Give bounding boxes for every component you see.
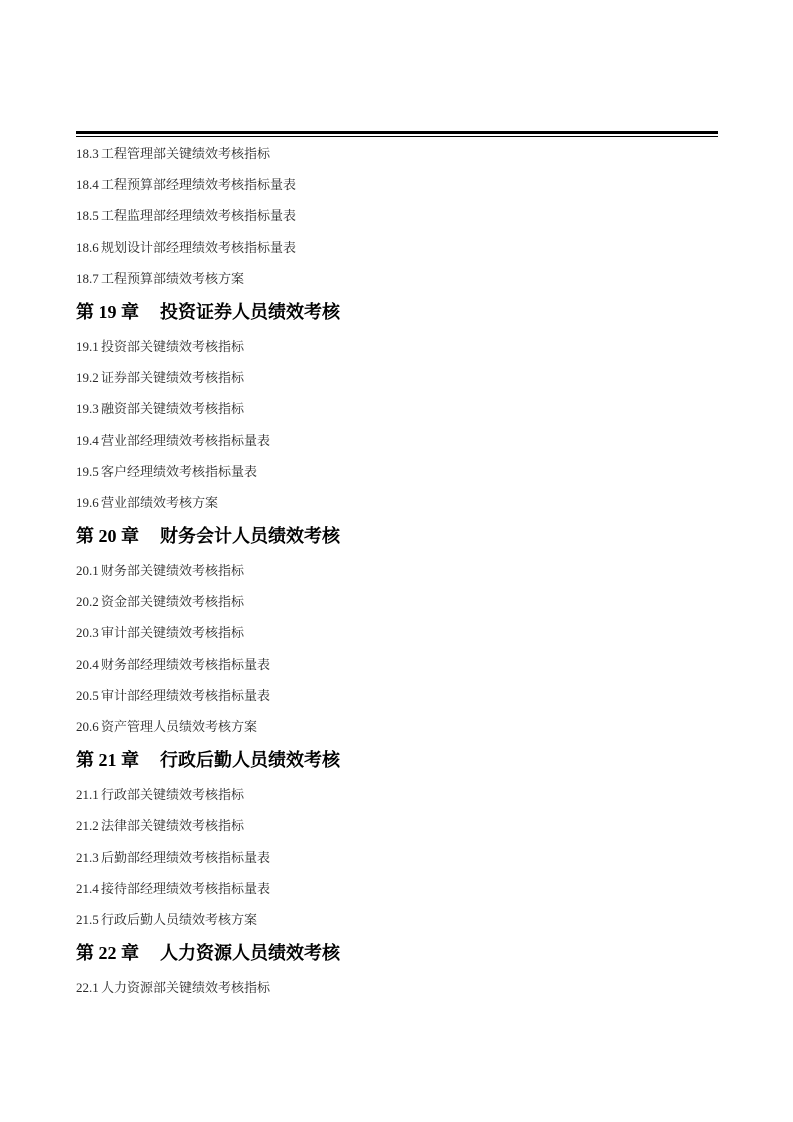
toc-entry-20-6[interactable]: 20.6资产管理人员绩效考核方案 (76, 713, 718, 744)
chapter-title: 人力资源人员绩效考核 (160, 943, 340, 963)
toc-entry-18-6[interactable]: 18.6规划设计部经理绩效考核指标量表 (76, 234, 718, 265)
section-title: 工程监理部经理绩效考核指标量表 (101, 208, 296, 223)
section-number: 21.2 (76, 812, 101, 840)
section-title: 资产管理人员绩效考核方案 (101, 719, 257, 734)
chapter-label: 第 22 章 (76, 937, 160, 969)
header-rule (76, 131, 718, 138)
toc-entry-19-2[interactable]: 19.2证券部关键绩效考核指标 (76, 364, 718, 395)
toc-entry-18-5[interactable]: 18.5工程监理部经理绩效考核指标量表 (76, 202, 718, 233)
section-title: 营业部绩效考核方案 (101, 495, 218, 510)
section-title: 法律部关键绩效考核指标 (101, 818, 244, 833)
toc-entry-20-1[interactable]: 20.1财务部关键绩效考核指标 (76, 557, 718, 588)
section-title: 规划设计部经理绩效考核指标量表 (101, 240, 296, 255)
header-rule-thin (76, 136, 718, 137)
section-title: 融资部关键绩效考核指标 (101, 401, 244, 416)
section-number: 21.3 (76, 844, 101, 872)
section-title: 客户经理绩效考核指标量表 (101, 464, 257, 479)
section-title: 工程预算部经理绩效考核指标量表 (101, 177, 296, 192)
section-title: 接待部经理绩效考核指标量表 (101, 881, 270, 896)
toc-entry-20-2[interactable]: 20.2资金部关键绩效考核指标 (76, 588, 718, 619)
section-title: 财务部经理绩效考核指标量表 (101, 657, 270, 672)
section-number: 19.4 (76, 427, 101, 455)
section-number: 18.3 (76, 140, 101, 168)
section-number: 18.7 (76, 265, 101, 293)
section-title: 工程预算部绩效考核方案 (101, 271, 244, 286)
section-number: 21.1 (76, 781, 101, 809)
chapter-label: 第 19 章 (76, 296, 160, 328)
chapter-label: 第 21 章 (76, 744, 160, 776)
toc-entry-19-3[interactable]: 19.3融资部关键绩效考核指标 (76, 395, 718, 426)
section-number: 20.4 (76, 651, 101, 679)
toc-chapter-20[interactable]: 第 20 章财务会计人员绩效考核 (76, 520, 718, 557)
section-title: 营业部经理绩效考核指标量表 (101, 433, 270, 448)
toc-entry-18-4[interactable]: 18.4工程预算部经理绩效考核指标量表 (76, 171, 718, 202)
toc-entry-21-3[interactable]: 21.3后勤部经理绩效考核指标量表 (76, 844, 718, 875)
toc-entry-20-5[interactable]: 20.5审计部经理绩效考核指标量表 (76, 682, 718, 713)
section-title: 工程管理部关键绩效考核指标 (101, 146, 270, 161)
section-number: 20.6 (76, 713, 101, 741)
toc-entry-20-3[interactable]: 20.3审计部关键绩效考核指标 (76, 619, 718, 650)
section-number: 19.3 (76, 395, 101, 423)
toc-entry-21-2[interactable]: 21.2法律部关键绩效考核指标 (76, 812, 718, 843)
section-title: 审计部经理绩效考核指标量表 (101, 688, 270, 703)
toc-entry-19-5[interactable]: 19.5客户经理绩效考核指标量表 (76, 458, 718, 489)
section-number: 20.3 (76, 619, 101, 647)
toc-chapter-22[interactable]: 第 22 章人力资源人员绩效考核 (76, 937, 718, 974)
section-number: 19.6 (76, 489, 101, 517)
section-number: 18.4 (76, 171, 101, 199)
section-title: 审计部关键绩效考核指标 (101, 625, 244, 640)
section-number: 19.2 (76, 364, 101, 392)
toc-entry-21-5[interactable]: 21.5行政后勤人员绩效考核方案 (76, 906, 718, 937)
section-number: 18.6 (76, 234, 101, 262)
section-title: 财务部关键绩效考核指标 (101, 563, 244, 578)
section-number: 21.5 (76, 906, 101, 934)
chapter-title: 财务会计人员绩效考核 (160, 526, 340, 546)
chapter-title: 行政后勤人员绩效考核 (160, 750, 340, 770)
toc-entry-19-1[interactable]: 19.1投资部关键绩效考核指标 (76, 333, 718, 364)
toc-entry-21-4[interactable]: 21.4接待部经理绩效考核指标量表 (76, 875, 718, 906)
section-number: 19.1 (76, 333, 101, 361)
section-title: 投资部关键绩效考核指标 (101, 339, 244, 354)
toc-entry-22-1[interactable]: 22.1人力资源部关键绩效考核指标 (76, 974, 718, 1005)
section-title: 资金部关键绩效考核指标 (101, 594, 244, 609)
toc-entry-20-4[interactable]: 20.4财务部经理绩效考核指标量表 (76, 651, 718, 682)
section-title: 行政后勤人员绩效考核方案 (101, 912, 257, 927)
section-number: 20.5 (76, 682, 101, 710)
toc-entry-18-7[interactable]: 18.7工程预算部绩效考核方案 (76, 265, 718, 296)
toc-chapter-19[interactable]: 第 19 章投资证券人员绩效考核 (76, 296, 718, 333)
section-number: 19.5 (76, 458, 101, 486)
toc-chapter-21[interactable]: 第 21 章行政后勤人员绩效考核 (76, 744, 718, 781)
chapter-title: 投资证券人员绩效考核 (160, 302, 340, 322)
section-title: 证券部关键绩效考核指标 (101, 370, 244, 385)
section-number: 20.2 (76, 588, 101, 616)
section-title: 行政部关键绩效考核指标 (101, 787, 244, 802)
header-rule-thick (76, 131, 718, 134)
section-title: 后勤部经理绩效考核指标量表 (101, 850, 270, 865)
toc-entry-21-1[interactable]: 21.1行政部关键绩效考核指标 (76, 781, 718, 812)
table-of-contents: 18.3工程管理部关键绩效考核指标 18.4工程预算部经理绩效考核指标量表 18… (76, 140, 718, 1005)
toc-entry-18-3[interactable]: 18.3工程管理部关键绩效考核指标 (76, 140, 718, 171)
chapter-label: 第 20 章 (76, 520, 160, 552)
section-number: 18.5 (76, 202, 101, 230)
toc-entry-19-6[interactable]: 19.6营业部绩效考核方案 (76, 489, 718, 520)
section-number: 21.4 (76, 875, 101, 903)
section-number: 20.1 (76, 557, 101, 585)
section-number: 22.1 (76, 974, 101, 1002)
toc-entry-19-4[interactable]: 19.4营业部经理绩效考核指标量表 (76, 427, 718, 458)
section-title: 人力资源部关键绩效考核指标 (101, 980, 270, 995)
